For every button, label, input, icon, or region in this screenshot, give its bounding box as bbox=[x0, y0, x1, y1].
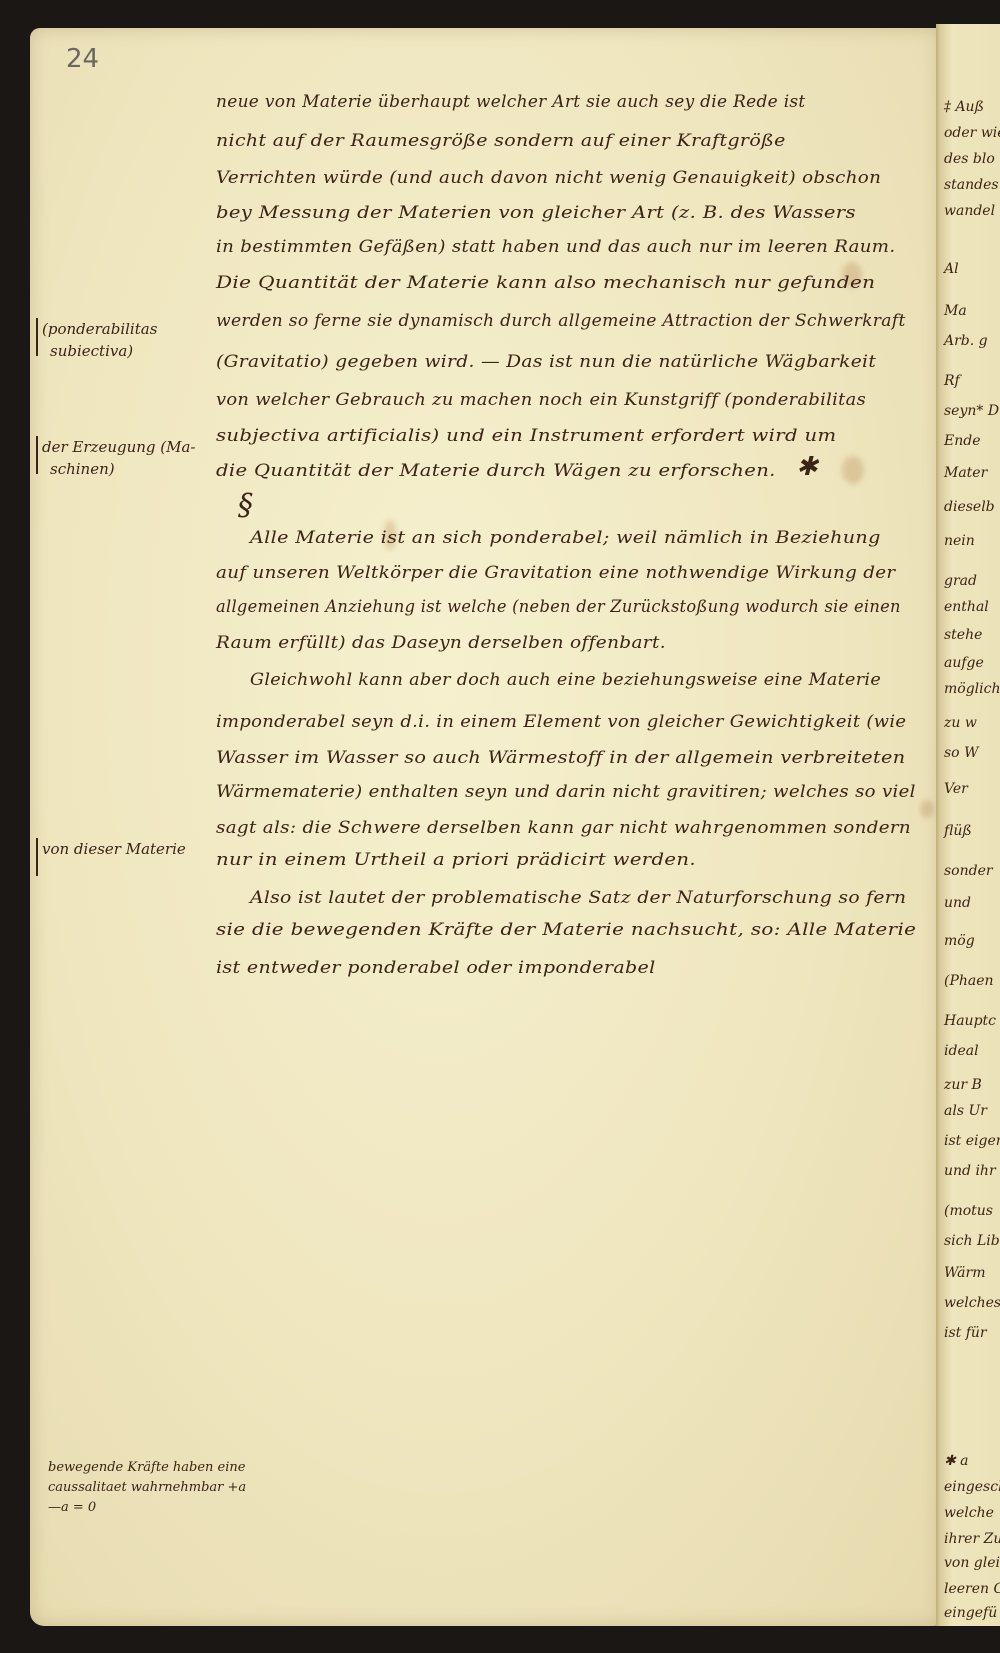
margin-bracket bbox=[36, 838, 38, 876]
manuscript-line: Gleichwohl kann aber doch auch eine bezi… bbox=[250, 670, 881, 690]
right-page-fragment: seyn* D bbox=[944, 398, 999, 424]
right-page-fragment: sonder bbox=[944, 858, 993, 884]
margin-note: von dieser Materie bbox=[36, 838, 186, 876]
right-page-fragment: zu w bbox=[944, 710, 977, 736]
right-page-fragment: Al bbox=[944, 256, 959, 282]
right-page-fragment: Ver bbox=[944, 776, 968, 802]
right-page-fragment: ihrer Zu bbox=[944, 1526, 1000, 1552]
right-page-fragment: Ende bbox=[944, 428, 980, 454]
margin-note-line: der Erzeugung (Ma- bbox=[42, 436, 196, 458]
right-page-fragment: (Phaen bbox=[944, 968, 994, 994]
manuscript-line: (Gravitatio) gegeben wird. — Das ist nun… bbox=[216, 352, 876, 372]
manuscript-line: sie die bewegenden Kräfte der Materie na… bbox=[216, 920, 916, 940]
right-page-fragment: (motus bbox=[944, 1198, 993, 1224]
right-page-fragment: und bbox=[944, 890, 971, 916]
manuscript-line: bey Messung der Materien von gleicher Ar… bbox=[216, 203, 856, 223]
stain bbox=[842, 456, 864, 484]
right-page-fragment: flüß bbox=[944, 818, 972, 844]
manuscript-line: nicht auf der Raumesgröße sondern auf ei… bbox=[216, 131, 786, 151]
right-page-fragment: leeren G bbox=[944, 1576, 1000, 1602]
manuscript-line: von welcher Gebrauch zu machen noch ein … bbox=[216, 390, 866, 410]
right-page-fragment: von glei bbox=[944, 1550, 1000, 1576]
right-page-fragment: ideal bbox=[944, 1038, 979, 1064]
manuscript-line: nur in einem Urtheil a priori prädicirt … bbox=[216, 850, 696, 870]
manuscript-line: ist entweder ponderabel oder imponderabe… bbox=[216, 958, 656, 978]
right-page-fragment: eingefü bbox=[944, 1600, 997, 1626]
right-page-fragment: welche bbox=[944, 1500, 994, 1526]
margin-bracket bbox=[36, 318, 38, 356]
right-page-fragment: Mater bbox=[944, 460, 987, 486]
manuscript-line: werden so ferne sie dynamisch durch allg… bbox=[216, 311, 906, 331]
right-page-fragment: möglich bbox=[944, 676, 1000, 702]
margin-note-line: schinen) bbox=[42, 458, 196, 480]
manuscript-line: Verrichten würde (und auch davon nicht w… bbox=[216, 168, 881, 188]
manuscript-line: neue von Materie überhaupt welcher Art s… bbox=[216, 92, 806, 112]
right-page-fragment: sich Lib bbox=[944, 1228, 1000, 1254]
right-page-fragment: Arb. g bbox=[944, 328, 988, 354]
margin-note: der Erzeugung (Ma-schinen) bbox=[36, 436, 196, 480]
right-page-fragment: zur B bbox=[944, 1072, 982, 1098]
margin-bracket bbox=[36, 436, 38, 474]
stain bbox=[920, 800, 934, 818]
right-page-fragment: ✱ a bbox=[944, 1448, 969, 1474]
right-page-fragment: ist für bbox=[944, 1320, 987, 1346]
right-page-fragment: nein bbox=[944, 528, 975, 554]
right-page-fragment: standes g bbox=[944, 172, 1000, 198]
right-page-fragment: aufge bbox=[944, 650, 984, 676]
right-page-fragment: Wärm bbox=[944, 1260, 986, 1286]
margin-note-line: subiectiva) bbox=[42, 340, 157, 362]
margin-note-line: von dieser Materie bbox=[42, 838, 186, 860]
right-page-fragment: befestigt bbox=[944, 1624, 1000, 1626]
right-page-fragment: mög bbox=[944, 928, 975, 954]
right-page-fragment: Ma bbox=[944, 298, 967, 324]
manuscript-line: allgemeinen Anziehung ist welche (neben … bbox=[216, 597, 901, 617]
asterisk-mark: ✱ bbox=[796, 452, 818, 482]
right-page-fragment: dieselb bbox=[944, 494, 995, 520]
manuscript-line: Also ist lautet der problematische Satz … bbox=[250, 888, 906, 908]
bottom-note-line: —a = 0 bbox=[48, 1498, 246, 1518]
manuscript-line: Die Quantität der Materie kann also mech… bbox=[216, 273, 875, 293]
right-page-fragment: als Ur bbox=[944, 1098, 987, 1124]
margin-note-line: (ponderabilitas bbox=[42, 318, 157, 340]
manuscript-line: die Quantität der Materie durch Wägen zu… bbox=[216, 461, 776, 481]
manuscript-line: sagt als: die Schwere derselben kann gar… bbox=[216, 818, 911, 838]
section-mark: § bbox=[238, 488, 253, 523]
manuscript-line: imponderabel seyn d.i. in einem Element … bbox=[216, 712, 906, 732]
manuscript-line: Alle Materie ist an sich ponderabel; wei… bbox=[250, 528, 881, 548]
margin-note: (ponderabilitassubiectiva) bbox=[36, 318, 157, 362]
manuscript-line: Wasser im Wasser so auch Wärmestoff in d… bbox=[216, 748, 906, 768]
right-page-fragment: welches bbox=[944, 1290, 1000, 1316]
manuscript-line: in bestimmten Gefäßen) statt haben und d… bbox=[216, 237, 895, 257]
page-number: 24 bbox=[66, 44, 99, 74]
right-page-fragment: des blo bbox=[944, 146, 995, 172]
right-page-fragment: so W bbox=[944, 740, 978, 766]
bottom-note-line: bewegende Kräfte haben eine bbox=[48, 1458, 246, 1478]
right-page-fragment: stehe bbox=[944, 622, 982, 648]
right-page-fragment: Rf bbox=[944, 368, 960, 394]
manuscript-page-right-edge: ‡ Außoder wiedes blostandes gwandelAlMaA… bbox=[940, 24, 1000, 1626]
bottom-margin-note: bewegende Kräfte haben einecaussalitaet … bbox=[48, 1458, 246, 1518]
manuscript-line: subjectiva artificialis) und ein Instrum… bbox=[216, 426, 836, 446]
right-page-fragment: Hauptc bbox=[944, 1008, 996, 1034]
manuscript-line: Raum erfüllt) das Daseyn derselben offen… bbox=[216, 633, 666, 653]
right-page-fragment: eingesch bbox=[944, 1474, 1000, 1500]
right-page-fragment: oder wie bbox=[944, 120, 1000, 146]
right-page-fragment: und ihr bbox=[944, 1158, 996, 1184]
right-page-fragment: ‡ Auß bbox=[944, 94, 984, 120]
manuscript-line: auf unseren Weltkörper die Gravitation e… bbox=[216, 563, 896, 583]
right-page-fragment: ist eigen bbox=[944, 1128, 1000, 1154]
right-page-fragment: grad bbox=[944, 568, 977, 594]
bottom-note-line: caussalitaet wahrnehmbar +a bbox=[48, 1478, 246, 1498]
right-page-fragment: enthal bbox=[944, 594, 989, 620]
right-page-fragment: wandel bbox=[944, 198, 995, 224]
manuscript-line: Wärmematerie) enthalten seyn und darin n… bbox=[216, 782, 916, 802]
